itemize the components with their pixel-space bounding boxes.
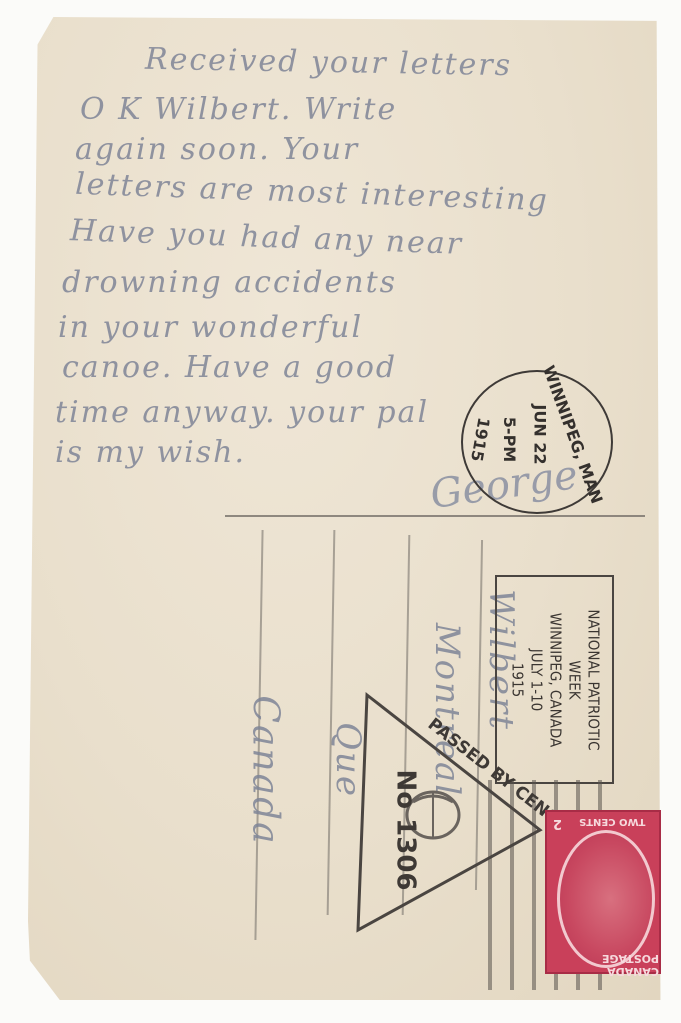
postage-stamp: TWO CENTS 2 CANADA POSTAGE [545, 810, 661, 974]
stamp-numeral: 2 [553, 816, 562, 831]
address-line-text: Canada [245, 695, 286, 845]
message-line: time anyway. your pal [55, 395, 429, 430]
censor-mark: PASSED BY CENSOR No 1306 [355, 690, 555, 935]
postmark-time: 5-PM [500, 417, 519, 462]
message-line: in your wonderful [58, 310, 363, 345]
slogan-line: NATIONAL PATRIOTIC [583, 609, 602, 750]
king-portrait [557, 830, 655, 968]
message-line: drowning accidents [62, 265, 397, 300]
message-line: canoe. Have a good [62, 350, 397, 385]
slogan-line: WEEK [564, 609, 583, 750]
postmark-date: JUN 22 [531, 404, 550, 464]
censor-triangle [355, 690, 555, 935]
message-line: Received your letters [145, 42, 513, 83]
censor-number: No 1306 [391, 769, 421, 890]
stamp-country: CANADA POSTAGE [557, 952, 659, 978]
stamp-value: TWO CENTS [579, 816, 645, 827]
message-line: again soon. Your [75, 132, 359, 167]
message-line: is my wish. [55, 435, 246, 470]
message-line: O K Wilbert. Write [80, 92, 397, 127]
address-divider [225, 515, 645, 517]
